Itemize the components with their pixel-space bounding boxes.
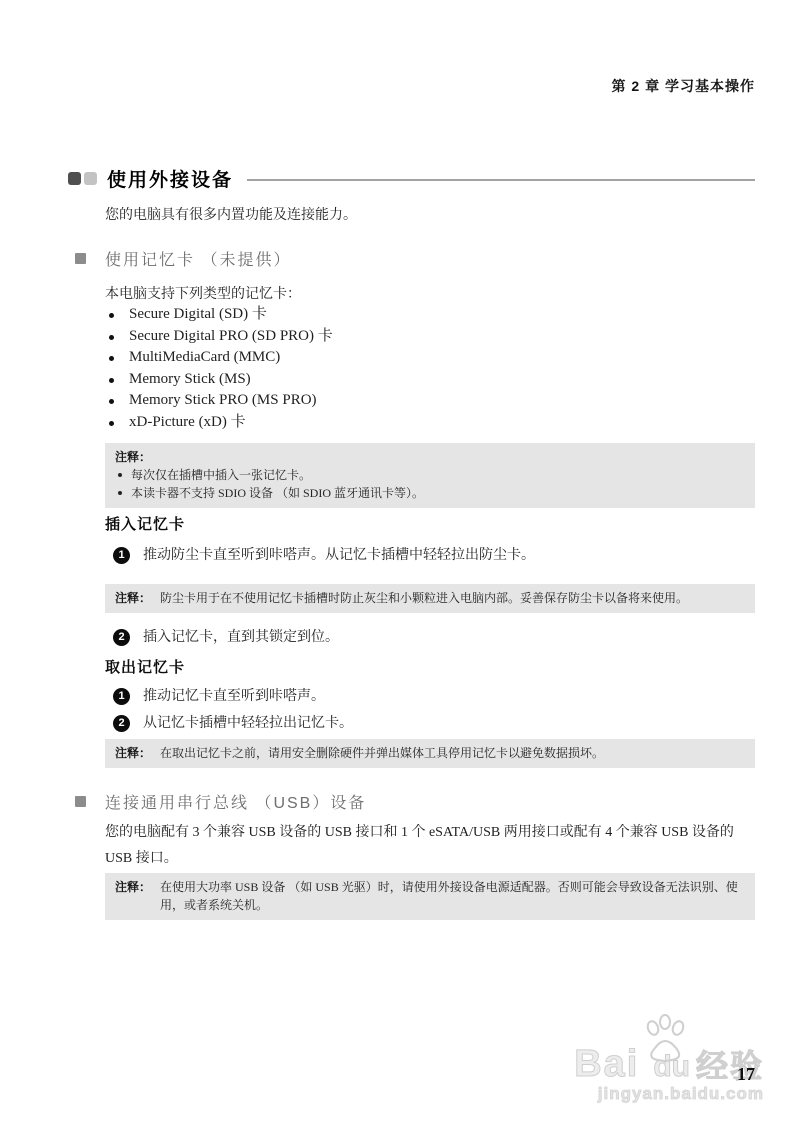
note-box-dust-card: 注释： 防尘卡用于在不使用记忆卡插槽时防止灰尘和小颗粒进入电脑内部。妥善保存防尘… — [105, 584, 755, 613]
note-bullet-list: 每次仅在插槽中插入一张记忆卡。 本读卡器不支持 SDIO 设备 （如 SDIO … — [115, 466, 745, 502]
remove-card-heading: 取出记忆卡 — [105, 656, 185, 677]
step-text: 推动防尘卡直至听到咔嗒声。从记忆卡插槽中轻轻拉出防尘卡。 — [143, 546, 535, 566]
bullet-icon — [118, 473, 122, 477]
bullet-icon — [118, 491, 122, 495]
list-item: Secure Digital PRO (SD PRO) 卡 — [105, 327, 333, 349]
insert-step-2: 2 插入记忆卡，直到其锁定到位。 — [113, 628, 339, 648]
step-text: 插入记忆卡，直到其锁定到位。 — [143, 628, 339, 648]
bullet-icon — [109, 356, 114, 361]
note-label: 注释： — [115, 448, 745, 466]
list-item: MultiMediaCard (MMC) — [105, 348, 333, 370]
baidu-watermark: Bai du 经验 jingyan.baidu.com — [514, 1014, 764, 1104]
note-label: 注释： — [115, 744, 151, 762]
remove-step-1: 1 推动记忆卡直至听到咔嗒声。 — [113, 687, 325, 707]
card-type-list: Secure Digital (SD) 卡 Secure Digital PRO… — [105, 305, 333, 434]
note-box-usb-power: 注释： 在使用大功率 USB 设备 （如 USB 光驱）时，请使用外接设备电源适… — [105, 873, 755, 920]
section-title: 使用记忆卡 （未提供） — [105, 247, 291, 270]
list-item-label: Secure Digital PRO (SD PRO) 卡 — [129, 328, 333, 344]
insert-card-heading: 插入记忆卡 — [105, 513, 185, 534]
step-text: 从记忆卡插槽中轻轻拉出记忆卡。 — [143, 714, 353, 734]
chapter-header: 第 2 章 学习基本操作 — [612, 76, 755, 96]
bullet-icon — [109, 335, 114, 340]
section-square-icon — [75, 796, 86, 807]
section-usb: 连接通用串行总线 （USB）设备 — [75, 790, 366, 813]
watermark-logo-row: Bai du 经验 — [514, 1014, 764, 1082]
list-item-label: Memory Stick (MS) — [129, 371, 251, 387]
note-box-card-types: 注释： 每次仅在插槽中插入一张记忆卡。 本读卡器不支持 SDIO 设备 （如 S… — [105, 443, 755, 508]
note-text: 在使用大功率 USB 设备 （如 USB 光驱）时，请使用外接设备电源适配器。否… — [160, 878, 745, 914]
remove-step-2: 2 从记忆卡插槽中轻轻拉出记忆卡。 — [113, 714, 353, 734]
list-item: xD-Picture (xD) 卡 — [105, 413, 333, 435]
list-item-label: Secure Digital (SD) 卡 — [129, 306, 267, 322]
section-memory-card: 使用记忆卡 （未提供） — [75, 247, 291, 270]
list-item-label: MultiMediaCard (MMC) — [129, 349, 280, 365]
title-rule — [247, 179, 755, 181]
note-text: 在取出记忆卡之前，请用安全删除硬件并弹出媒体工具停用记忆卡以避免数据损坏。 — [160, 744, 604, 762]
step-1-badge: 1 — [113, 688, 130, 705]
step-2-badge: 2 — [113, 715, 130, 732]
manual-page: 第 2 章 学习基本操作 使用外接设备 您的电脑具有很多内置功能及连接能力。 使… — [0, 0, 800, 1133]
intro-paragraph: 您的电脑具有很多内置功能及连接能力。 — [105, 204, 357, 224]
step-2-badge: 2 — [113, 629, 130, 646]
bullet-icon — [109, 378, 114, 383]
list-item-label: Memory Stick PRO (MS PRO) — [129, 392, 317, 408]
list-item: Memory Stick PRO (MS PRO) — [105, 391, 333, 413]
paw-icon — [643, 1014, 689, 1064]
list-item: Secure Digital (SD) 卡 — [105, 305, 333, 327]
watermark-bai: Bai — [574, 1046, 639, 1082]
note-item: 本读卡器不支持 SDIO 设备 （如 SDIO 蓝牙通讯卡等）。 — [115, 484, 745, 502]
main-title-row: 使用外接设备 — [68, 165, 755, 192]
usb-paragraph: 您的电脑配有 3 个兼容 USB 设备的 USB 接口和 1 个 eSATA/U… — [105, 820, 755, 872]
step-1-badge: 1 — [113, 547, 130, 564]
bullet-icon — [109, 399, 114, 404]
insert-step-1: 1 推动防尘卡直至听到咔嗒声。从记忆卡插槽中轻轻拉出防尘卡。 — [113, 546, 535, 566]
note-box-remove-card: 注释： 在取出记忆卡之前，请用安全删除硬件并弹出媒体工具停用记忆卡以避免数据损坏… — [105, 739, 755, 768]
step-text: 推动记忆卡直至听到咔嗒声。 — [143, 687, 325, 707]
note-label: 注释： — [115, 589, 151, 607]
note-item-text: 本读卡器不支持 SDIO 设备 （如 SDIO 蓝牙通讯卡等）。 — [131, 486, 424, 500]
note-label: 注释： — [115, 878, 151, 896]
dark-square-icon — [68, 172, 81, 185]
card-list-intro: 本电脑支持下列类型的记忆卡： — [105, 283, 301, 303]
bullet-icon — [109, 421, 114, 426]
section-square-icon — [75, 253, 86, 264]
section-title: 连接通用串行总线 （USB）设备 — [105, 790, 366, 813]
bullet-icon — [109, 313, 114, 318]
note-item-text: 每次仅在插槽中插入一张记忆卡。 — [131, 468, 311, 482]
watermark-url: jingyan.baidu.com — [514, 1084, 764, 1104]
page-title: 使用外接设备 — [107, 165, 233, 192]
note-item: 每次仅在插槽中插入一张记忆卡。 — [115, 466, 745, 484]
note-text: 防尘卡用于在不使用记忆卡插槽时防止灰尘和小颗粒进入电脑内部。妥善保存防尘卡以备将… — [160, 589, 688, 607]
light-square-icon — [84, 172, 97, 185]
page-number: 17 — [737, 1064, 755, 1085]
list-item: Memory Stick (MS) — [105, 370, 333, 392]
list-item-label: xD-Picture (xD) 卡 — [129, 414, 246, 430]
